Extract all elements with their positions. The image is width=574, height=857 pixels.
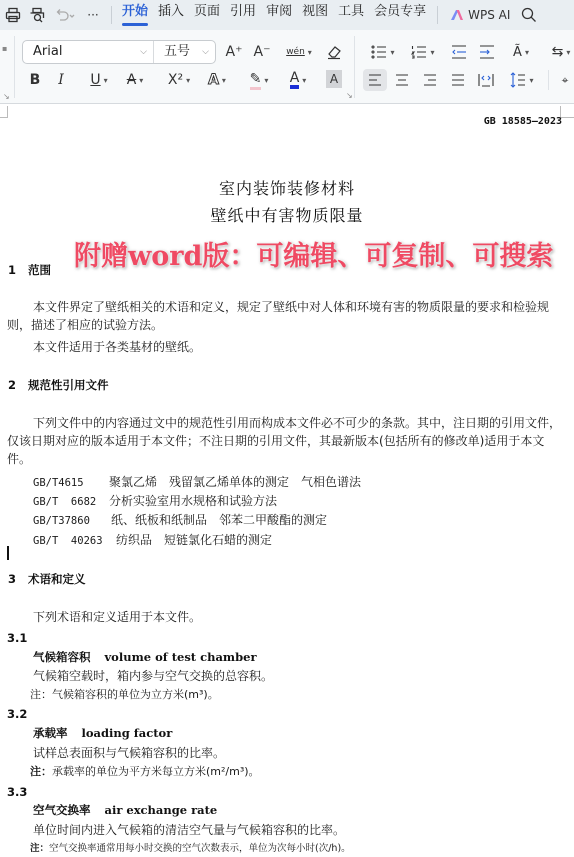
menu-divider xyxy=(437,6,438,24)
section-number: 3 xyxy=(8,572,28,586)
group-divider xyxy=(354,36,355,98)
char-shading-button[interactable]: A xyxy=(326,70,342,88)
margin-marker xyxy=(0,106,8,118)
chevron-down-icon: ▾ xyxy=(264,76,268,85)
tab-home[interactable]: 开始 xyxy=(117,0,153,30)
chevron-down-icon: ▾ xyxy=(566,48,570,57)
reference-item: GB/T37860纸、纸板和纸制品 邻苯二甲酸酯的测定 xyxy=(33,511,327,528)
term-en: air exchange rate xyxy=(105,803,218,817)
undo-icon[interactable] xyxy=(54,4,76,26)
paragraph: 本文件适用于各类基材的壁纸。 xyxy=(7,338,563,356)
reference-code: GB/T4615 xyxy=(33,477,109,489)
underline-icon: U xyxy=(90,72,100,88)
section-title: 规范性引用文件 xyxy=(28,378,109,392)
search-icon[interactable] xyxy=(518,4,540,26)
note-text: 空气交换率通常用每小时交换的空气次数表示，单位为次每小时(次/h)。 xyxy=(49,843,351,854)
chevron-down-icon: ▾ xyxy=(308,48,312,57)
chevron-down-icon: ▾ xyxy=(525,48,529,57)
reference-code: GB/T 6682 xyxy=(33,496,109,508)
shrink-font-button[interactable]: A⁻ xyxy=(252,41,272,63)
section-title: 范围 xyxy=(28,263,51,277)
wps-ai-logo-icon xyxy=(450,9,464,21)
chevron-down-icon: ▾ xyxy=(430,48,434,57)
section-number: 1 xyxy=(8,263,28,277)
reference-item: GB/T 40263纺织品 短链氯化石蜡的测定 xyxy=(33,531,272,548)
clipboard-launcher-icon[interactable]: ↘ xyxy=(3,92,10,101)
note-text: 气候箱容积的单位为立方米(m³)。 xyxy=(52,688,219,701)
clear-format-button[interactable] xyxy=(324,41,344,63)
font-name-value: Arial xyxy=(33,44,62,59)
chevron-down-icon: ▾ xyxy=(302,76,306,85)
reference-code: GB/T37860 xyxy=(33,515,111,527)
chevron-down-icon: ▾ xyxy=(139,76,143,85)
reference-item: GB/T4615聚氯乙烯 残留氯乙烯单体的测定 气相色谱法 xyxy=(33,473,361,490)
font-picker: Arial ⌵ 五号 ⌵ xyxy=(22,40,216,64)
term-heading: 空气交换率air exchange rate xyxy=(33,802,217,818)
numbered-list-icon xyxy=(411,45,427,59)
line-spacing-button[interactable]: ▾ xyxy=(506,69,538,91)
wps-ai-label: WPS AI xyxy=(468,8,510,22)
term-note: 注：气候箱容积的单位为立方米(m³)。 xyxy=(30,686,219,702)
tab-view[interactable]: 视图 xyxy=(297,0,333,30)
increase-indent-button[interactable] xyxy=(478,41,496,63)
text-direction-icon: ⇆ xyxy=(552,44,564,60)
bullet-list-button[interactable]: ▾ xyxy=(368,41,398,63)
text-direction-button[interactable]: ⇆▾ xyxy=(548,41,574,63)
note-label: 注： xyxy=(30,843,49,854)
section-heading: 1范围 xyxy=(8,262,51,278)
font-size-value: 五号 xyxy=(164,44,190,59)
font-size-select[interactable]: 五号 ⌵ xyxy=(154,41,215,63)
paragraph-format-button[interactable]: ⌖ xyxy=(556,69,574,91)
italic-icon: I xyxy=(58,72,64,88)
char-spacing-button[interactable]: Ã▾ xyxy=(506,41,536,63)
reference-code: GB/T 40263 xyxy=(33,535,116,547)
reference-title: 纸、纸板和纸制品 邻苯二甲酸酯的测定 xyxy=(111,513,327,527)
highlight-button[interactable]: ✎▾ xyxy=(244,69,274,91)
term-number: 3.2 xyxy=(7,707,27,721)
chevron-down-icon: ⌵ xyxy=(202,41,209,63)
group-divider xyxy=(14,36,15,98)
paragraph: 本文件界定了壁纸相关的术语和定义，规定了壁纸中对人体和环境有害的物质限量的要求和… xyxy=(7,298,563,334)
eraser-icon xyxy=(326,44,342,60)
term-number: 3.3 xyxy=(7,785,27,799)
term-zh: 气候箱容积 xyxy=(33,650,91,664)
note-text: 承载率的单位为平方米每立方米(m²/m³)。 xyxy=(52,765,260,778)
bold-button[interactable]: B xyxy=(26,69,44,91)
term-en: loading factor xyxy=(82,726,173,740)
section-number: 2 xyxy=(8,378,28,392)
italic-button[interactable]: I xyxy=(52,69,70,91)
strikethrough-icon: A xyxy=(127,72,137,88)
document-page[interactable]: GB 18585—2023 室内装饰装修材料 壁纸中有害物质限量 附赠word版… xyxy=(0,104,574,857)
chevron-down-icon: ⌵ xyxy=(140,41,147,63)
char-shading-icon: A xyxy=(330,72,338,86)
section-title: 术语和定义 xyxy=(28,572,86,586)
align-left-icon xyxy=(368,74,382,86)
char-spacing-icon: Ã xyxy=(513,45,522,60)
font-color-icon: A xyxy=(290,71,300,89)
more-icon[interactable]: ··· xyxy=(80,4,106,26)
tab-page[interactable]: 页面 xyxy=(189,0,225,30)
doc-title-line1: 室内装饰装修材料 xyxy=(0,176,574,199)
strikethrough-button[interactable]: A▾ xyxy=(120,69,150,91)
shrink-font-icon: A⁻ xyxy=(254,44,271,60)
align-right-icon xyxy=(423,74,437,86)
paragraph: 下列术语和定义适用于本文件。 xyxy=(7,608,563,626)
section-heading: 3术语和定义 xyxy=(8,571,86,587)
line-spacing-icon xyxy=(510,72,526,88)
font-color-button[interactable]: A▾ xyxy=(282,69,314,91)
justify-button[interactable] xyxy=(448,69,468,91)
grow-font-button[interactable]: A⁺ xyxy=(224,41,244,63)
grow-font-icon: A⁺ xyxy=(226,44,243,60)
promo-banner: 附赠word版：可编辑、可复制、可搜索 xyxy=(74,234,553,273)
reference-title: 聚氯乙烯 残留氯乙烯单体的测定 气相色谱法 xyxy=(109,475,361,489)
term-definition: 单位时间内进入气候箱的清洁空气量与气候箱容积的比率。 xyxy=(33,821,345,838)
phonetic-guide-icon: wén xyxy=(286,47,305,57)
distribute-icon xyxy=(478,73,494,87)
tab-tools[interactable]: 工具 xyxy=(333,0,369,30)
term-definition: 试样总表面积与气候箱容积的比率。 xyxy=(33,744,225,761)
margin-marker xyxy=(560,106,574,118)
text-effect-button[interactable]: A▾ xyxy=(202,69,232,91)
justify-icon xyxy=(451,74,465,86)
print-icon[interactable] xyxy=(2,4,24,26)
phonetic-guide-button[interactable]: wén▾ xyxy=(282,41,316,63)
tab-insert[interactable]: 插入 xyxy=(153,0,189,30)
note-label: 注： xyxy=(30,688,52,701)
doc-title-line2: 壁纸中有害物质限量 xyxy=(0,203,574,226)
paragraph: 下列文件中的内容通过文中的规范性引用而构成本文件必不可少的条款。其中，注日期的引… xyxy=(7,414,563,468)
note-label: 注： xyxy=(30,765,52,778)
align-right-button[interactable] xyxy=(420,69,440,91)
distribute-button[interactable] xyxy=(476,69,496,91)
standard-number: GB 18585—2023 xyxy=(484,116,562,127)
side-mark: ▪ xyxy=(2,44,7,53)
reference-item: GB/T 6682分析实验室用水规格和试验方法 xyxy=(33,492,277,509)
group-divider xyxy=(548,70,549,90)
chevron-down-icon: ▾ xyxy=(104,76,108,85)
superscript-button[interactable]: X²▾ xyxy=(162,69,196,91)
underline-button[interactable]: U▾ xyxy=(84,69,114,91)
bold-icon: B xyxy=(30,72,41,88)
highlight-icon: ✎ xyxy=(250,71,262,90)
term-definition: 气候箱空载时，箱内参与空气交换的总容积。 xyxy=(33,667,273,684)
chevron-down-icon: ▾ xyxy=(529,76,533,85)
text-effect-icon: A xyxy=(208,72,219,88)
font-launcher-icon[interactable]: ↘ xyxy=(346,91,353,100)
decrease-indent-button[interactable] xyxy=(450,41,468,63)
section-heading: 2规范性引用文件 xyxy=(8,377,109,393)
font-name-select[interactable]: Arial ⌵ xyxy=(23,41,154,63)
paragraph-format-icon: ⌖ xyxy=(562,73,569,88)
menu-bar: ··· 开始 插入 页面 引用 审阅 视图 工具 会员专享 WPS AI xyxy=(0,0,574,30)
term-heading: 气候箱容积volume of test chamber xyxy=(33,649,257,665)
term-number: 3.1 xyxy=(7,631,27,645)
term-note: 注：承载率的单位为平方米每立方米(m²/m³)。 xyxy=(30,763,260,779)
term-zh: 承载率 xyxy=(33,726,68,740)
chevron-down-icon: ▾ xyxy=(390,48,394,57)
term-note: 注：空气交换率通常用每小时交换的空气次数表示，单位为次每小时(次/h)。 xyxy=(30,840,351,854)
bullet-list-icon xyxy=(371,45,387,59)
align-center-icon xyxy=(395,74,409,86)
increase-indent-icon xyxy=(479,45,495,59)
term-zh: 空气交换率 xyxy=(33,803,91,817)
tab-references[interactable]: 引用 xyxy=(225,0,261,30)
reference-title: 分析实验室用水规格和试验方法 xyxy=(109,494,277,508)
numbered-list-button[interactable]: ▾ xyxy=(408,41,438,63)
ribbon: ▪ ↘ Arial ⌵ 五号 ⌵ A⁺ A⁻ wén▾ B I U▾ A▾ X²… xyxy=(0,30,574,104)
tab-review[interactable]: 审阅 xyxy=(261,0,297,30)
print-preview-icon[interactable] xyxy=(26,4,48,26)
wps-ai-button[interactable]: WPS AI xyxy=(444,8,516,22)
term-heading: 承载率loading factor xyxy=(33,725,172,741)
tab-member[interactable]: 会员专享 xyxy=(369,0,431,30)
chevron-down-icon: ▾ xyxy=(222,76,226,85)
align-center-button[interactable] xyxy=(392,69,412,91)
chevron-down-icon: ▾ xyxy=(186,76,190,85)
term-en: volume of test chamber xyxy=(105,650,257,664)
align-left-button[interactable] xyxy=(363,69,387,91)
menu-divider xyxy=(111,6,112,24)
superscript-icon: X² xyxy=(168,72,183,88)
text-cursor xyxy=(7,546,9,560)
reference-title: 纺织品 短链氯化石蜡的测定 xyxy=(116,533,272,547)
decrease-indent-icon xyxy=(451,45,467,59)
